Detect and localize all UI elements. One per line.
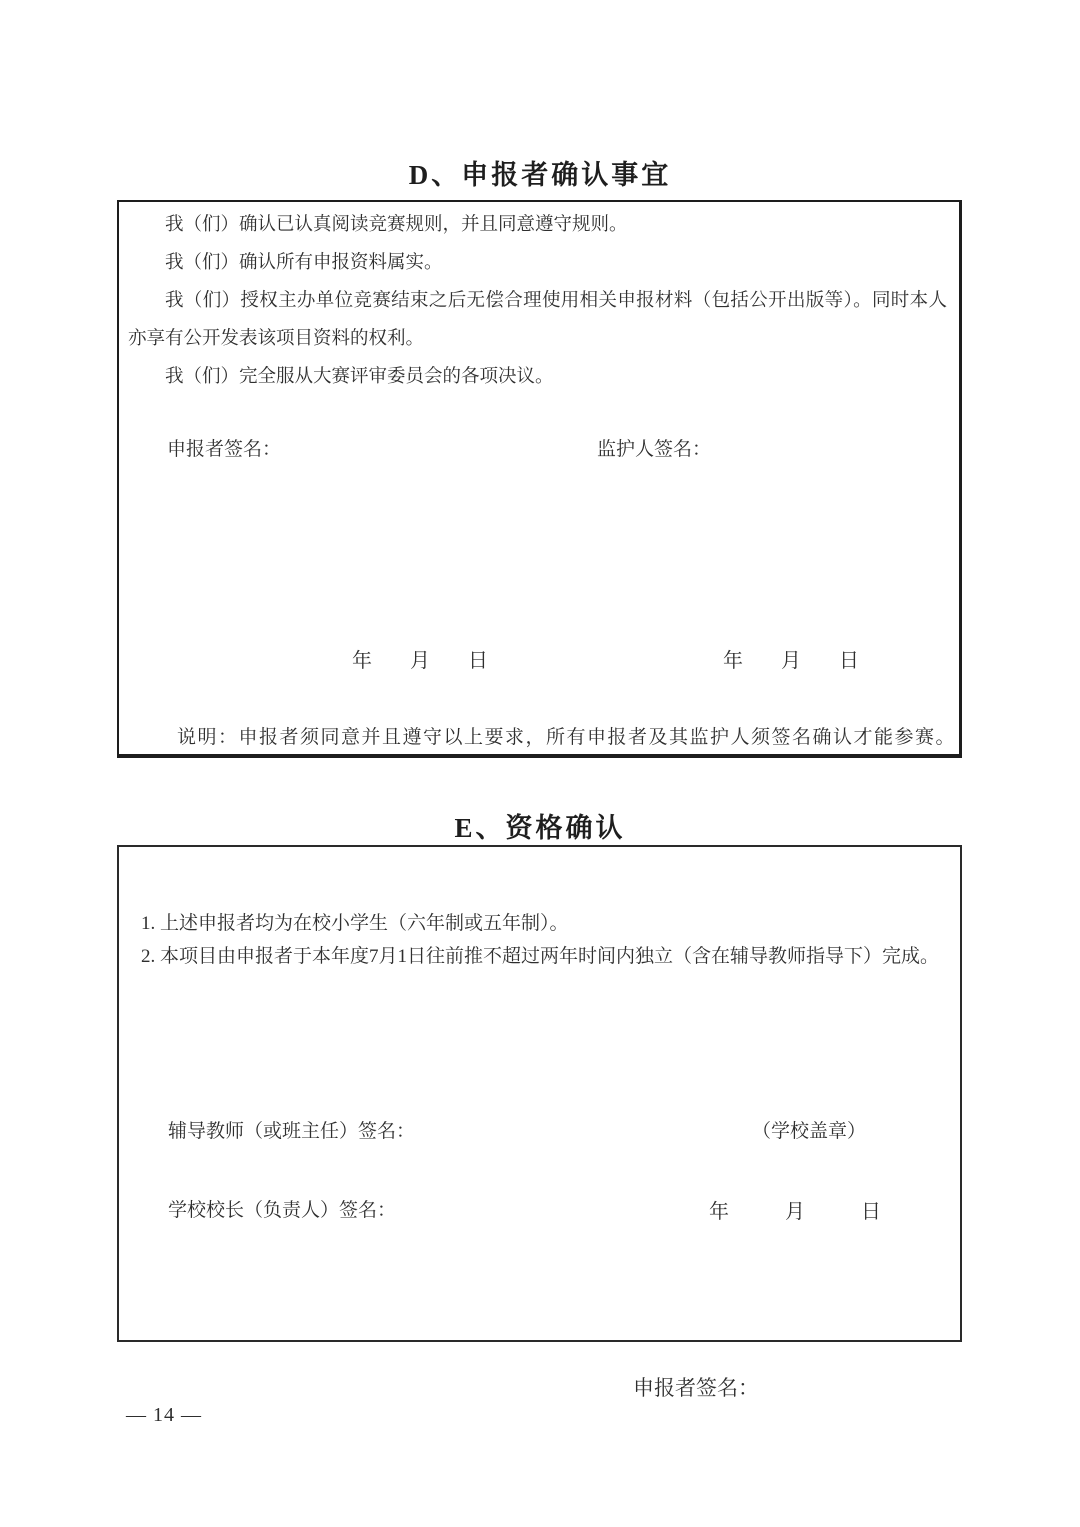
qualification-item-project-period: 2. 本项目由申报者于本年度7月1日往前推不超过两年时间内独立（含在辅导教师指导… xyxy=(141,940,946,973)
note-text: 说明：申报者须同意并且遵守以上要求，所有申报者及其监护人须签名确认才能参赛。 xyxy=(177,722,956,749)
footer-applicant-signature-label: 申报者签名： xyxy=(633,1372,759,1402)
month-label: 月 xyxy=(410,644,430,673)
guardian-date-line: 年 月 日 xyxy=(723,644,859,673)
day-label: 日 xyxy=(839,644,859,673)
year-label: 年 xyxy=(352,644,372,673)
day-label: 日 xyxy=(861,1195,881,1224)
principal-signature-label: 学校校长（负责人）签名： xyxy=(168,1195,396,1222)
month-label: 月 xyxy=(781,644,801,673)
statement-truthful-info: 我（们）确认所有申报资料属实。 xyxy=(128,244,947,282)
qualification-box: 1. 上述申报者均为在校小学生（六年制或五年制）。 2. 本项目由申报者于本年度… xyxy=(117,845,962,1342)
principal-date-line: 年 月 日 xyxy=(709,1195,881,1224)
statement-obey-jury: 我（们）完全服从大赛评审委员会的各项决议。 xyxy=(128,358,947,396)
qualification-item-student: 1. 上述申报者均为在校小学生（六年制或五年制）。 xyxy=(141,907,946,940)
year-label: 年 xyxy=(709,1195,729,1224)
guardian-signature-label: 监护人签名： xyxy=(597,434,711,461)
page-number: — 14 — xyxy=(126,1404,202,1427)
teacher-signature-label: 辅导教师（或班主任）签名： xyxy=(168,1116,415,1143)
applicant-signature-label: 申报者签名： xyxy=(167,434,281,461)
section-e-title: E、资格确认 xyxy=(0,806,1080,845)
statement-authorize-use: 我（们）授权主办单位竞赛结束之后无偿合理使用相关申报材料（包括公开出版等）。同时… xyxy=(128,282,947,358)
year-label: 年 xyxy=(723,644,743,673)
month-label: 月 xyxy=(785,1195,805,1224)
applicant-date-line: 年 月 日 xyxy=(352,644,488,673)
statement-read-rules: 我（们）确认已认真阅读竞赛规则，并且同意遵守规则。 xyxy=(128,206,947,244)
day-label: 日 xyxy=(468,644,488,673)
document-page: D、申报者确认事宜 我（们）确认已认真阅读竞赛规则，并且同意遵守规则。 我（们）… xyxy=(0,0,1080,1527)
school-seal-label: （学校盖章） xyxy=(752,1116,866,1143)
qualification-items: 1. 上述申报者均为在校小学生（六年制或五年制）。 2. 本项目由申报者于本年度… xyxy=(141,907,946,973)
section-d-title: D、申报者确认事宜 xyxy=(0,153,1080,192)
confirmation-statements: 我（们）确认已认真阅读竞赛规则，并且同意遵守规则。 我（们）确认所有申报资料属实… xyxy=(128,206,947,396)
confirmation-box: 我（们）确认已认真阅读竞赛规则，并且同意遵守规则。 我（们）确认所有申报资料属实… xyxy=(117,200,962,758)
